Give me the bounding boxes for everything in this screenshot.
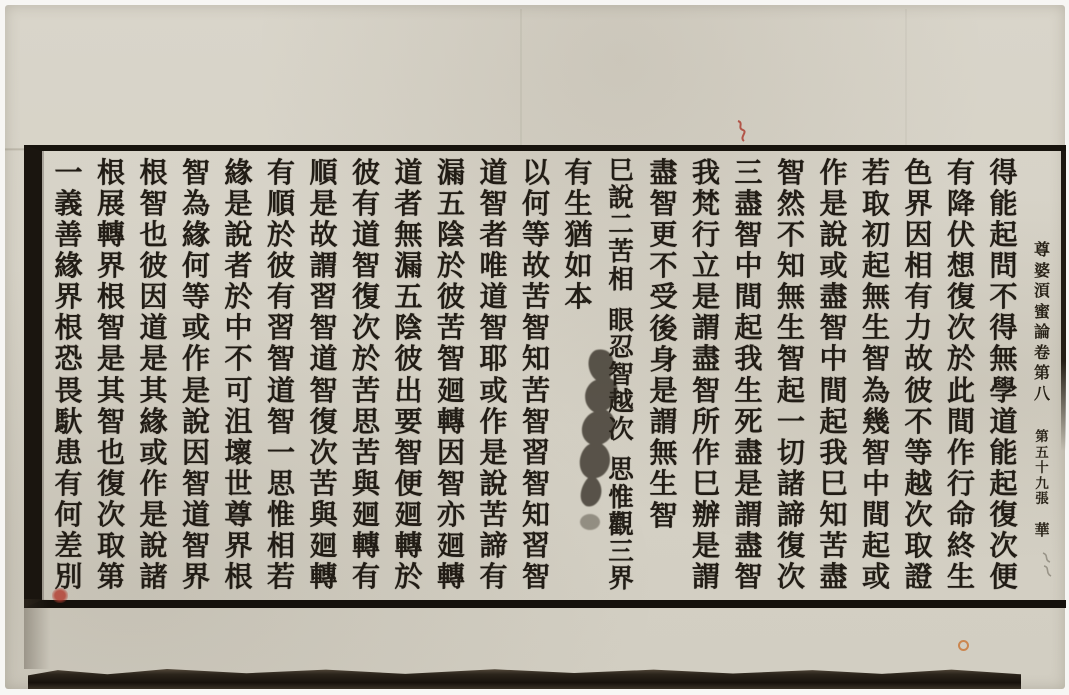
glyph: 或 <box>856 560 897 591</box>
text-block: 得能起問不得無學道能起復次便有降伏想復次於此間作行命終生色界因相有力故彼不等越次… <box>46 154 1062 597</box>
red-stamp-mark <box>52 588 68 603</box>
glyph: 本 <box>558 280 599 311</box>
text-column-4: 若取初起無生智為幾智中間起或 <box>856 155 897 594</box>
text-column-5: 作是說或盡智中間起我巳知苦盡 <box>813 155 854 594</box>
text-column-22: 根展轉界根智是其智也復次取第 <box>91 155 132 594</box>
text-column-8: 我梵行立是謂盡智所作巳辦是謂 <box>686 155 727 594</box>
glyph: 智 <box>516 560 557 591</box>
text-column-18: 有順於彼有習智道智一思惟相若 <box>261 155 302 594</box>
glyph: 轉 <box>303 560 344 591</box>
glyph: 盡 <box>813 560 854 591</box>
glyph: 相 <box>601 264 642 291</box>
glyph: 有 <box>473 560 514 591</box>
text-column-15: 道者無漏五陰彼出要智便廻轉於 <box>388 155 429 594</box>
print-frame: 得能起問不得無學道能起復次便有降伏想復次於此間作行命終生色界因相有力故彼不等越次… <box>24 145 1066 608</box>
scan-photo: 得能起問不得無學道能起復次便有降伏想復次於此間作行命終生色界因相有力故彼不等越次… <box>0 0 1069 695</box>
text-column-12: 以何等故苦智知苦智習智知習智 <box>516 155 557 594</box>
text-column-2: 有降伏想復次於此間作行命終生 <box>941 155 982 594</box>
text-column-7: 三盡智中間起我生死盡是謂盡智 <box>728 155 769 594</box>
red-scribble-mark <box>734 119 750 143</box>
glyph: 界 <box>601 564 642 591</box>
sheet-number-label: 第五十九張 <box>1031 430 1053 508</box>
glyph: 根 <box>218 560 259 591</box>
glyph: 生 <box>941 560 982 591</box>
glyph: 第 <box>91 560 132 591</box>
glyph: 別 <box>48 560 89 591</box>
text-column-6: 智然不知無生智起一切諸諦復次 <box>771 155 812 594</box>
text-column-21: 根智也彼因道是其緣或作是說諸 <box>133 155 174 594</box>
glyph: 於 <box>388 560 429 591</box>
text-column-14: 漏五陰於彼苦智廻轉因智亦廻轉 <box>431 155 472 594</box>
text-column-17: 順是故謂習智道智復次苦與廻轉 <box>303 155 344 594</box>
text-column-16: 彼有道智復次於苦思苦與廻轉有 <box>346 155 387 594</box>
work-title: 尊婆湏蜜論卷第八 <box>1031 240 1053 404</box>
text-column-20: 智為緣何等或作是說因智道智界 <box>176 155 217 594</box>
text-column-23: 一義善緣界根恐畏馱患有何差別 <box>48 155 89 594</box>
text-column-19: 緣是說者於中不可沮壞世尊界根 <box>218 155 259 594</box>
collation-mark: 華 <box>1031 522 1053 538</box>
text-column-1: 得能起問不得無學道能起復次便 <box>983 155 1024 594</box>
ink-scribble <box>1040 550 1056 580</box>
glyph: 智 <box>728 560 769 591</box>
glyph: 便 <box>983 560 1024 591</box>
text-column-9: 盡智更不受後身是謂無生智 <box>643 155 684 594</box>
text-column-13: 道智者唯道智耶或作是說苦諦有 <box>473 155 514 594</box>
glyph: 若 <box>261 560 302 591</box>
glyph: 次 <box>771 560 812 591</box>
glyph: 證 <box>898 560 939 591</box>
glyph: 諸 <box>133 560 174 591</box>
glyph: 謂 <box>686 560 727 591</box>
page-curl-shadow <box>24 599 50 669</box>
vertical-crease <box>520 9 522 149</box>
text-column-3: 色界因相有力故彼不等越次取證 <box>898 155 939 594</box>
ink-smudge <box>566 344 636 534</box>
orange-dot-mark <box>958 640 969 651</box>
glyph: 轉 <box>431 560 472 591</box>
title-column: 尊婆湏蜜論卷第八 第五十九張 華 <box>1031 240 1057 538</box>
glyph: 界 <box>176 560 217 591</box>
glyph: 有 <box>346 560 387 591</box>
vertical-crease <box>905 9 907 149</box>
text-columns: 得能起問不得無學道能起復次便有降伏想復次於此間作行命終生色界因相有力故彼不等越次… <box>48 155 1024 594</box>
glyph: 智 <box>643 498 684 529</box>
